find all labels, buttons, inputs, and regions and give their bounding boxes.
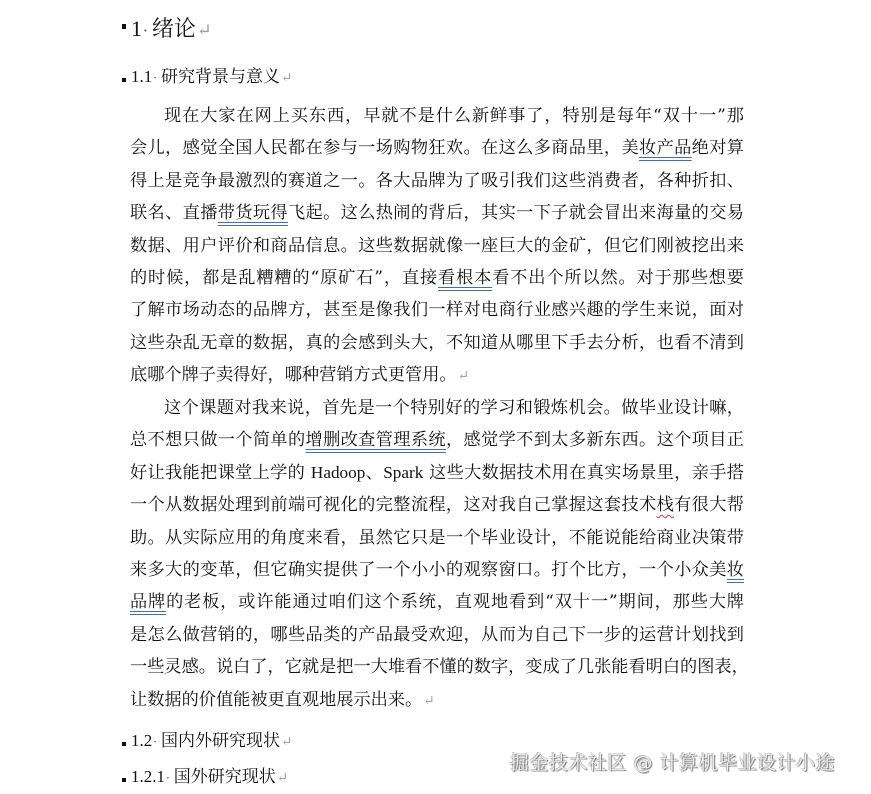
heading-bullet-icon (122, 78, 126, 82)
separator-mark: · (153, 735, 157, 749)
heading-title: 国内外研究现状 (161, 726, 280, 751)
paragraph-mark-icon: ↵ (423, 693, 435, 709)
grammar-underline: 妆 (727, 560, 744, 580)
grammar-underline: 带货玩得 (218, 203, 288, 223)
grammar-underline: 品牌 (130, 592, 166, 612)
text-run: 一个从数据处理到前端可视化的完整流程，这对我自己掌握这套技术 (130, 495, 657, 515)
text-run: 这个课题对我来说，首先是一个特别好的学习和锻炼机会。做毕业设计嘛， (164, 398, 744, 418)
paragraph-mark-icon: ↵ (197, 21, 212, 41)
text-run: 这些大数据技术用在真实场景里，亲手搭 (423, 463, 744, 483)
separator-mark: · (153, 71, 157, 85)
heading-title: 研究背景与意义 (161, 62, 280, 87)
text-run: 会儿，感觉全国人民都在参与一场购物狂欢。在这么多商品里，美 (130, 138, 639, 158)
grammar-underline: 增删改查管理系统 (306, 430, 446, 450)
heading-number: 1.1 (131, 67, 152, 87)
paragraph-mark-icon: ↵ (281, 734, 292, 750)
text-run: 的时候，都是乱糟糟的“原矿石”，直接 (130, 268, 438, 288)
grammar-underline: 看根本 (438, 268, 492, 288)
text-line: 的时候，都是乱糟糟的“原矿石”，直接看根本看不出个所以然。对于那些想要 (130, 262, 744, 294)
text-line: 一个从数据处理到前端可视化的完整流程，这对我自己掌握这套技术栈有很大帮 (130, 489, 744, 521)
body-paragraph[interactable]: 这个课题对我来说，首先是一个特别好的学习和锻炼机会。做毕业设计嘛，总不想只做一个… (130, 392, 744, 716)
spelling-underline: 栈 (657, 495, 675, 515)
separator-mark: · (143, 22, 148, 40)
text-line: 底哪个牌子卖得好，哪种营销方式更管用。↵ (130, 359, 744, 391)
heading-bullet-icon (122, 24, 126, 29)
text-run: 看不出个所以然。对于那些想要 (492, 268, 744, 288)
grammar-underline: 妆产品 (639, 138, 692, 158)
text-line: 总不想只做一个简单的增删改查管理系统，感觉学不到太多新东西。这个项目正 (130, 424, 744, 456)
text-line: 会儿，感觉全国人民都在参与一场购物狂欢。在这么多商品里，美妆产品绝对算 (130, 132, 744, 164)
text-line: 了解市场动态的品牌方，甚至是像我们一样对电商行业感兴趣的学生来说，面对 (130, 294, 744, 326)
text-run: 联名、直播 (130, 203, 218, 223)
text-run: 一些灵感。说白了，它就是把一大堆看不懂的数字，变成了几张能看明白的图表， (130, 657, 749, 677)
heading-1-1[interactable]: 1.1 · 研究背景与意义 ↵ (122, 62, 292, 87)
text-run: 底哪个牌子卖得好，哪种营销方式更管用。 (130, 365, 457, 385)
text-run: 来多大的变革，但它确实提供了一个小小的观察窗口。打个比方，一个小众美 (130, 560, 727, 580)
text-run: 这些杂乱无章的数据，真的会感到头大，不知道从哪里下手去分析，也看不清到 (130, 333, 744, 353)
heading-number: 1.2.1 (131, 767, 165, 787)
heading-number: 1 (131, 16, 142, 42)
text-run: 绝对算 (692, 138, 744, 158)
heading-title: 国外研究现状 (174, 762, 276, 787)
paragraph-mark-icon: ↵ (458, 368, 470, 384)
heading-bullet-icon (122, 742, 126, 746)
separator-mark: · (166, 771, 170, 785)
heading-1-2[interactable]: 1.2 · 国内外研究现状 ↵ (122, 726, 292, 751)
text-run: 让数据的价值能被更直观地展示出来。 (130, 690, 422, 710)
text-run: 总不想只做一个简单的 (130, 430, 306, 450)
body-paragraph[interactable]: 现在大家在网上买东西，早就不是什么新鲜事了，特别是每年“双十一”那会儿，感觉全国… (130, 100, 744, 392)
text-run: 现在大家在网上买东西，早就不是什么新鲜事了，特别是每年“双十一”那 (164, 106, 744, 126)
text-run: ，感觉学不到太多新东西。这个项目正 (446, 430, 744, 450)
text-line: 好让我能把课堂上学的 Hadoop、Spark 这些大数据技术用在真实场景里，亲… (130, 457, 744, 489)
text-line: 助。从实际应用的角度来看，虽然它只是一个毕业设计，不能说能给商业决策带 (130, 522, 744, 554)
paragraph-mark-icon: ↵ (277, 770, 288, 786)
watermark: 掘金技术社区 @ 计算机毕业设计小途 (510, 748, 835, 775)
text-line: 一些灵感。说白了，它就是把一大堆看不懂的数字，变成了几张能看明白的图表， (130, 651, 744, 683)
heading-bullet-icon (122, 778, 126, 782)
text-run: 、 (365, 463, 383, 483)
text-run: 了解市场动态的品牌方，甚至是像我们一样对电商行业感兴趣的学生来说，面对 (130, 300, 744, 320)
text-run: 数据、用户评价和商品信息。这些数据就像一座巨大的金矿，但它们刚被挖出来 (130, 236, 744, 256)
latin-term: Spark (383, 463, 423, 482)
text-run: 好让我能把课堂上学的 (130, 463, 311, 483)
text-line: 这些杂乱无章的数据，真的会感到头大，不知道从哪里下手去分析，也看不清到 (130, 327, 744, 359)
text-line: 品牌的老板，或许能通过咱们这个系统，直观地看到“双十一”期间，那些大牌 (130, 586, 744, 618)
heading-1[interactable]: 1 · 绪论 ↵ (122, 12, 212, 43)
document-page: 1 · 绪论 ↵ 1.1 · 研究背景与意义 ↵ 现在大家在网上买东西，早就不是… (0, 0, 871, 794)
text-run: 是怎么做营销的，哪些品类的产品最受欢迎，从而为自己下一步的运营计划找到 (130, 625, 744, 645)
latin-term: Hadoop (311, 463, 365, 482)
text-line: 这个课题对我来说，首先是一个特别好的学习和锻炼机会。做毕业设计嘛， (130, 392, 744, 424)
text-line: 现在大家在网上买东西，早就不是什么新鲜事了，特别是每年“双十一”那 (130, 100, 744, 132)
heading-number: 1.2 (131, 731, 152, 751)
text-line: 来多大的变革，但它确实提供了一个小小的观察窗口。打个比方，一个小众美妆 (130, 554, 744, 586)
text-line: 让数据的价值能被更直观地展示出来。↵ (130, 684, 744, 716)
text-line: 是怎么做营销的，哪些品类的产品最受欢迎，从而为自己下一步的运营计划找到 (130, 619, 744, 651)
heading-1-2-1[interactable]: 1.2.1 · 国外研究现状 ↵ (122, 762, 288, 787)
heading-title: 绪论 (152, 12, 196, 43)
text-line: 数据、用户评价和商品信息。这些数据就像一座巨大的金矿，但它们刚被挖出来 (130, 230, 744, 262)
text-run: 飞起。这么热闹的背后，其实一下子就会冒出来海量的交易 (288, 203, 744, 223)
text-run: 得上是竞争最激烈的赛道之一。各大品牌为了吸引我们这些消费者，各种折扣、 (130, 171, 744, 191)
text-run: 助。从实际应用的角度来看，虽然它只是一个毕业设计，不能说能给商业决策带 (130, 528, 744, 548)
text-line: 得上是竞争最激烈的赛道之一。各大品牌为了吸引我们这些消费者，各种折扣、 (130, 165, 744, 197)
text-run: 的老板，或许能通过咱们这个系统，直观地看到“双十一”期间，那些大牌 (166, 592, 744, 612)
text-line: 联名、直播带货玩得飞起。这么热闹的背后，其实一下子就会冒出来海量的交易 (130, 197, 744, 229)
text-run: 有很大帮 (674, 495, 744, 515)
paragraph-mark-icon: ↵ (281, 70, 292, 86)
